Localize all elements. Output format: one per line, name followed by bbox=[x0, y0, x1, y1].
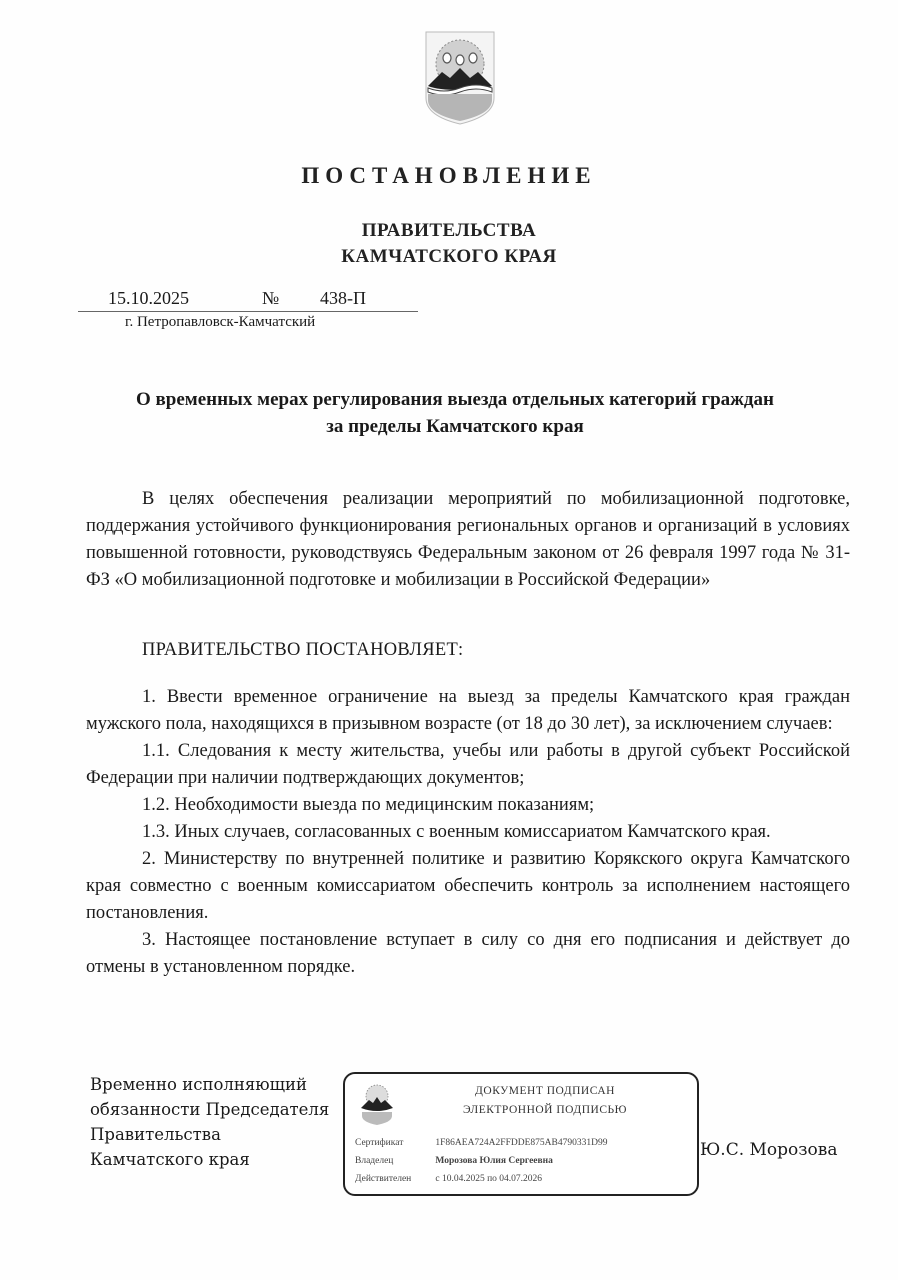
preamble: В целях обеспечения реализации мероприят… bbox=[86, 486, 850, 594]
item-1-1: 1.1. Следования к месту жительства, учеб… bbox=[86, 738, 850, 792]
authority-line-2: КАМЧАТСКОГО КРАЯ bbox=[0, 244, 898, 270]
document-date: 15.10.2025 bbox=[108, 288, 189, 309]
title-line-2: за пределы Камчатского края bbox=[60, 413, 850, 440]
stamp-certificate-row: Сертификат 1F86AEA724A2FFDDE875AB4790331… bbox=[355, 1138, 607, 1148]
item-3: 3. Настоящее постановление вступает в си… bbox=[86, 927, 850, 981]
owner-label: Владелец bbox=[355, 1156, 433, 1166]
signer-position: Временно исполняющий обязанности Председ… bbox=[90, 1072, 329, 1172]
stamp-emblem-icon bbox=[359, 1082, 395, 1126]
item-2: 2. Министерству по внутренней политике и… bbox=[86, 846, 850, 927]
number-sign: № bbox=[262, 288, 279, 309]
stamp-heading-line-2: ЭЛЕКТРОННОЙ ПОДПИСЬЮ bbox=[405, 1101, 685, 1120]
valid-value: с 10.04.2025 по 04.07.2026 bbox=[435, 1174, 542, 1184]
authority-line-1: ПРАВИТЕЛЬСТВА bbox=[0, 218, 898, 244]
position-line-3: Правительства bbox=[90, 1122, 329, 1147]
decree-phrase: ПРАВИТЕЛЬСТВО ПОСТАНОВЛЯЕТ: bbox=[142, 640, 463, 661]
document-type-heading: ПОСТАНОВЛЕНИЕ bbox=[0, 163, 898, 189]
certificate-label: Сертификат bbox=[355, 1138, 433, 1148]
decree-items: 1. Ввести временное ограничение на выезд… bbox=[86, 684, 850, 981]
registration-divider bbox=[78, 311, 418, 312]
document-title: О временных мерах регулирования выезда о… bbox=[60, 386, 850, 440]
stamp-owner-row: Владелец Морозова Юлия Сергеевна bbox=[355, 1156, 553, 1166]
document-number: 438-П bbox=[320, 288, 366, 309]
stamp-heading: ДОКУМЕНТ ПОДПИСАН ЭЛЕКТРОННОЙ ПОДПИСЬЮ bbox=[405, 1082, 685, 1120]
item-1: 1. Ввести временное ограничение на выезд… bbox=[86, 684, 850, 738]
title-line-1: О временных мерах регулирования выезда о… bbox=[60, 386, 850, 413]
position-line-2: обязанности Председателя bbox=[90, 1097, 329, 1122]
document-city: г. Петропавловск-Камчатский bbox=[125, 314, 315, 331]
issuing-authority: ПРАВИТЕЛЬСТВА КАМЧАТСКОГО КРАЯ bbox=[0, 218, 898, 270]
stamp-validity-row: Действителен с 10.04.2025 по 04.07.2026 bbox=[355, 1174, 542, 1184]
electronic-signature-stamp: ДОКУМЕНТ ПОДПИСАН ЭЛЕКТРОННОЙ ПОДПИСЬЮ С… bbox=[343, 1072, 699, 1196]
position-line-4: Камчатского края bbox=[90, 1147, 329, 1172]
stamp-heading-line-1: ДОКУМЕНТ ПОДПИСАН bbox=[405, 1082, 685, 1101]
coat-of-arms-icon bbox=[422, 28, 498, 128]
certificate-value: 1F86AEA724A2FFDDE875AB4790331D99 bbox=[435, 1138, 607, 1148]
item-1-3: 1.3. Иных случаев, согласованных с военн… bbox=[86, 819, 850, 846]
signer-name: Ю.С. Морозова bbox=[700, 1140, 837, 1160]
item-1-2: 1.2. Необходимости выезда по медицинским… bbox=[86, 792, 850, 819]
position-line-1: Временно исполняющий bbox=[90, 1072, 329, 1097]
owner-value: Морозова Юлия Сергеевна bbox=[435, 1156, 553, 1166]
document-page: ПОСТАНОВЛЕНИЕ ПРАВИТЕЛЬСТВА КАМЧАТСКОГО … bbox=[0, 0, 898, 1280]
preamble-text: В целях обеспечения реализации мероприят… bbox=[86, 486, 850, 594]
valid-label: Действителен bbox=[355, 1174, 433, 1184]
